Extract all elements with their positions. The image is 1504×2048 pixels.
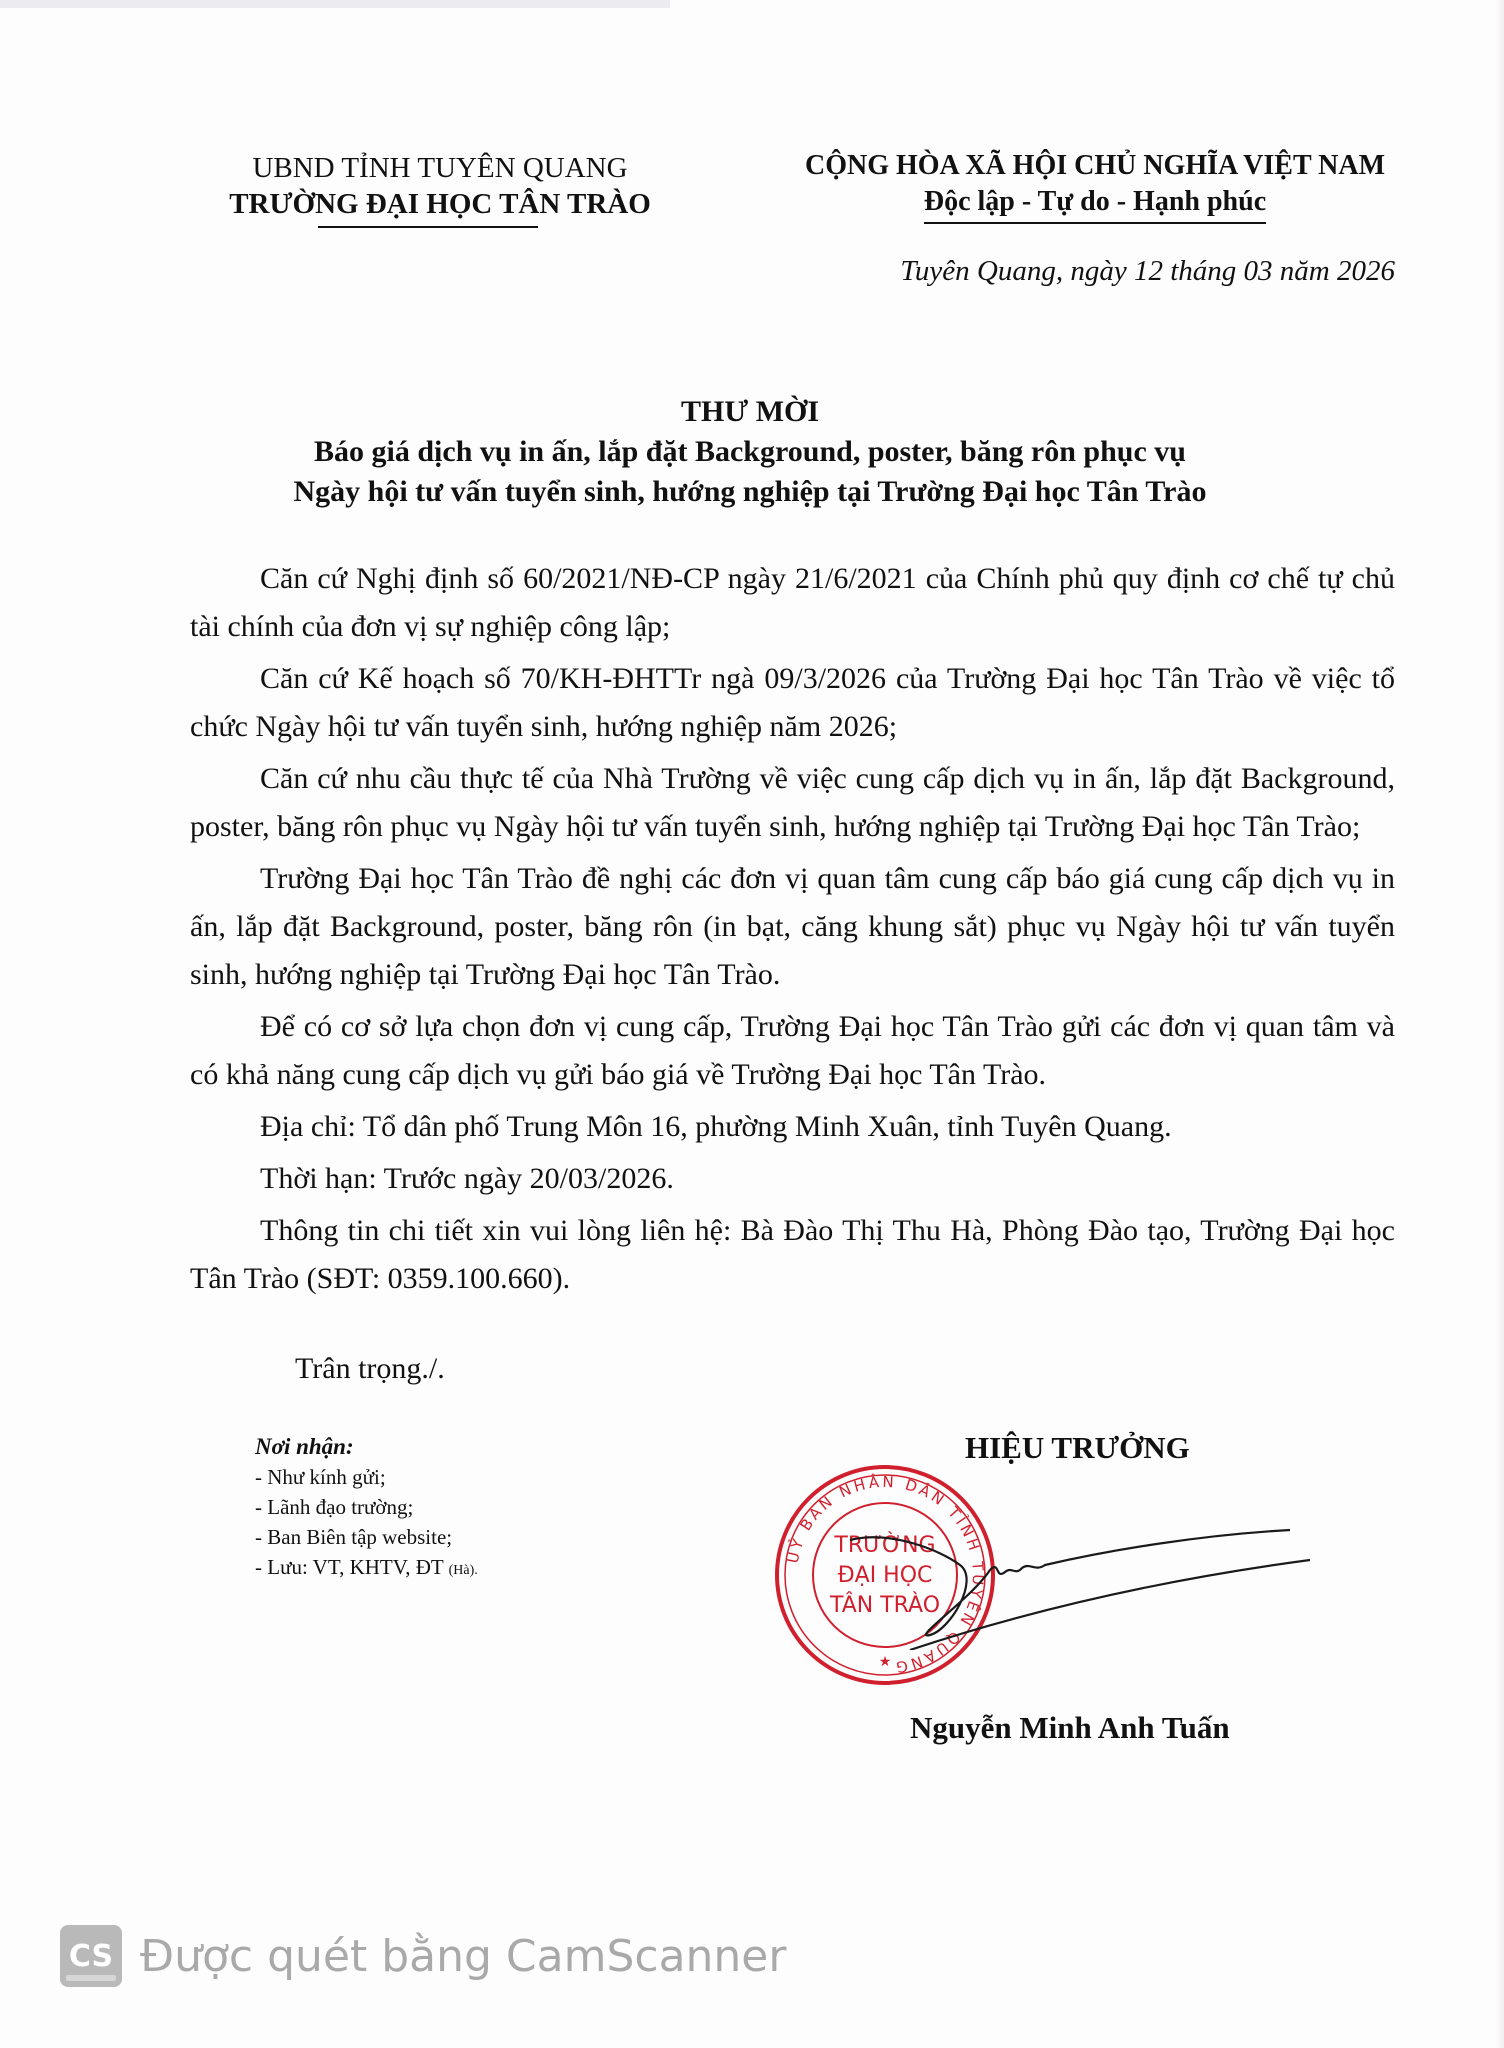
- dateline: Tuyên Quang, ngày 12 tháng 03 năm 2026: [760, 255, 1395, 288]
- camscanner-logo-icon: CS: [60, 1925, 122, 1987]
- recipients-block: Nơi nhận: - Như kính gửi; - Lãnh đạo trư…: [255, 1432, 478, 1586]
- paragraph-request: Trường Đại học Tân Trào đề nghị các đơn …: [190, 855, 1395, 999]
- title-subtitle-1: Báo giá dịch vụ in ấn, lắp đặt Backgroun…: [150, 432, 1350, 472]
- handwritten-signature-icon: [830, 1510, 1310, 1650]
- national-motto: Độc lập - Tự do - Hạnh phúc: [924, 184, 1266, 224]
- recipient-item: - Lưu: VT, KHTV, ĐT (Hà).: [255, 1552, 478, 1586]
- watermark-text: Được quét bằng CamScanner: [140, 1931, 786, 1982]
- issuer-header: UBND TỈNH TUYÊN QUANG TRƯỜNG ĐẠI HỌC TÂN…: [200, 150, 680, 228]
- national-title: CỘNG HÒA XÃ HỘI CHỦ NGHĨA VIỆT NAM: [775, 148, 1415, 184]
- paragraph-contact: Thông tin chi tiết xin vui lòng liên hệ:…: [190, 1207, 1395, 1303]
- recipient-item: - Ban Biên tập website;: [255, 1522, 478, 1552]
- closing: Trân trọng./.: [295, 1352, 445, 1386]
- recipients-heading: Nơi nhận:: [255, 1432, 478, 1462]
- svg-text:★: ★: [879, 1655, 892, 1670]
- signer-name: Nguyễn Minh Anh Tuấn: [910, 1710, 1230, 1746]
- paragraph-legal-basis-decree: Căn cứ Nghị định số 60/2021/NĐ-CP ngày 2…: [190, 555, 1395, 651]
- title-heading: THƯ MỜI: [150, 392, 1350, 432]
- paragraph-deadline: Thời hạn: Trước ngày 20/03/2026.: [190, 1155, 1395, 1203]
- recipient-item: - Lãnh đạo trường;: [255, 1492, 478, 1522]
- paragraph-purpose: Để có cơ sở lựa chọn đơn vị cung cấp, Tr…: [190, 1003, 1395, 1099]
- document-body: Căn cứ Nghị định số 60/2021/NĐ-CP ngày 2…: [190, 555, 1395, 1307]
- recipient-archive: - Lưu: VT, KHTV, ĐT: [255, 1555, 443, 1579]
- scan-edge-top: [0, 0, 670, 8]
- issuer-name: TRƯỜNG ĐẠI HỌC TÂN TRÀO: [200, 186, 680, 222]
- title-subtitle-2: Ngày hội tư vấn tuyển sinh, hướng nghiệp…: [150, 472, 1350, 512]
- paragraph-legal-basis-plan: Căn cứ Kế hoạch số 70/KH-ĐHTTr ngà 09/3/…: [190, 655, 1395, 751]
- paragraph-address: Địa chỉ: Tổ dân phố Trung Môn 16, phường…: [190, 1103, 1395, 1151]
- scan-edge-right: [1496, 0, 1504, 2048]
- issuer-authority: UBND TỈNH TUYÊN QUANG: [200, 150, 680, 186]
- camscanner-watermark: CS Được quét bằng CamScanner: [60, 1925, 786, 1987]
- national-header: CỘNG HÒA XÃ HỘI CHỦ NGHĨA VIỆT NAM Độc l…: [775, 148, 1415, 224]
- recipient-archive-suffix: (Hà).: [449, 1563, 478, 1578]
- document-title: THƯ MỜI Báo giá dịch vụ in ấn, lắp đặt B…: [150, 392, 1350, 512]
- recipient-item: - Như kính gửi;: [255, 1462, 478, 1492]
- paragraph-needs: Căn cứ nhu cầu thực tế của Nhà Trường về…: [190, 755, 1395, 851]
- issuer-underline: [318, 226, 538, 228]
